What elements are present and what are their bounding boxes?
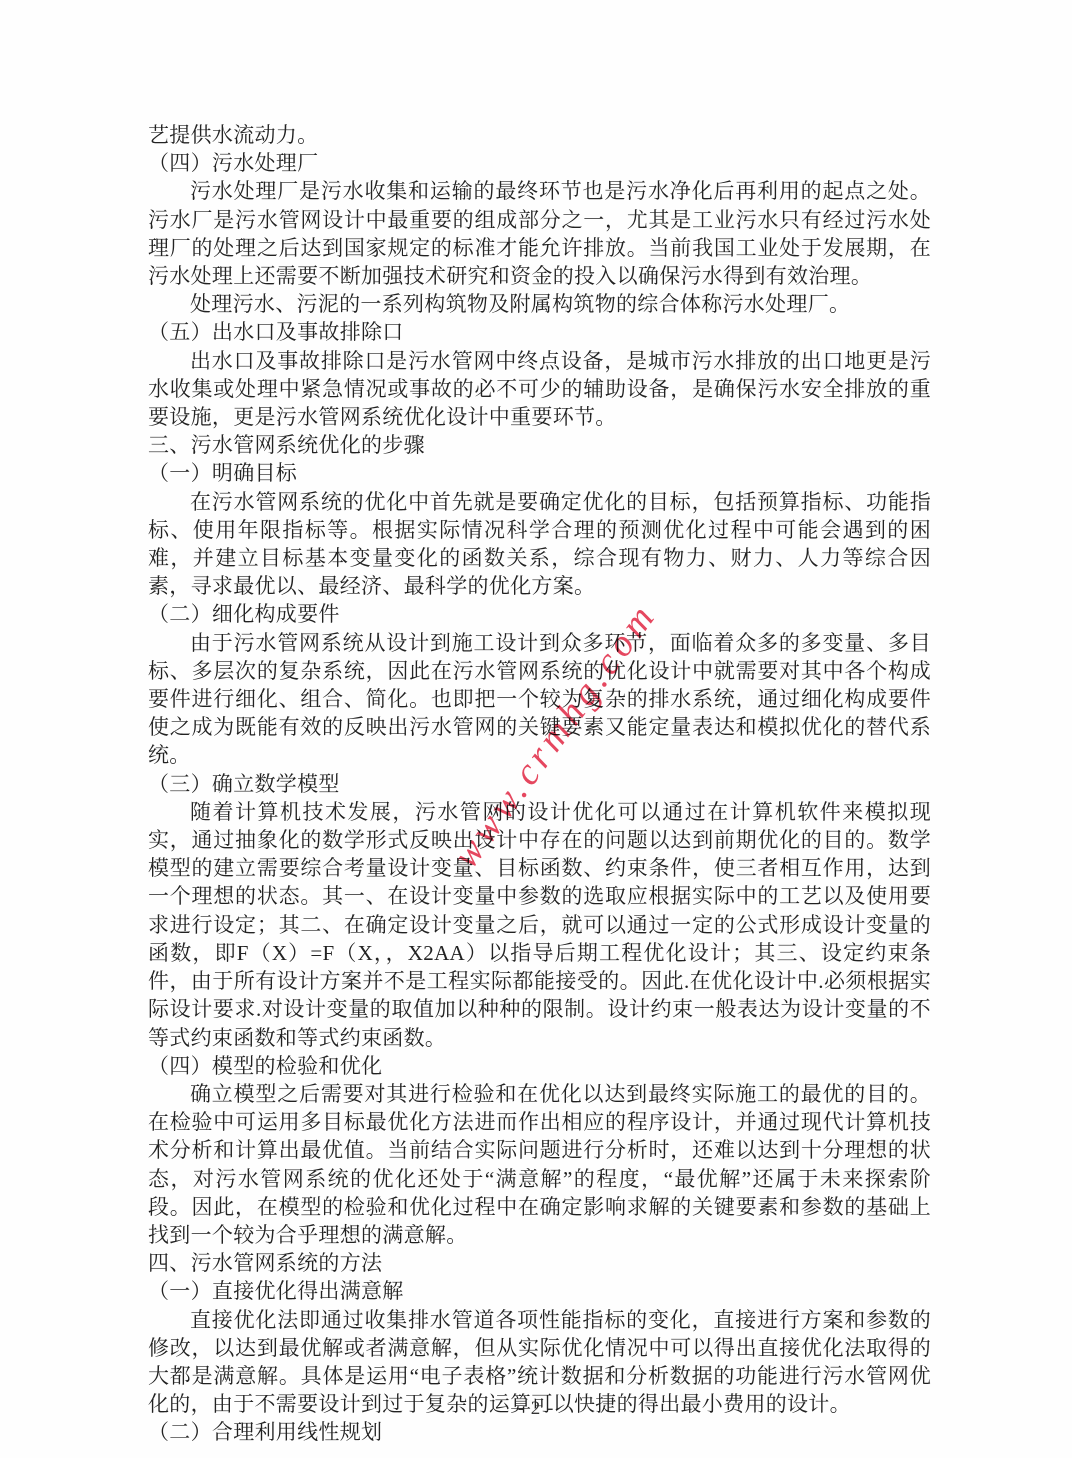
body-paragraph: 艺提供水流动力。 xyxy=(148,121,931,149)
section-heading: （四）污水处理厂 xyxy=(148,149,931,177)
body-paragraph: 污水处理厂是污水收集和运输的最终环节也是污水净化后再利用的起点之处。污水厂是污水… xyxy=(148,177,931,290)
page-number: - 2 - xyxy=(0,1398,1072,1420)
section-heading: （四）模型的检验和优化 xyxy=(148,1052,931,1080)
chapter-heading: 三、污水管网系统优化的步骤 xyxy=(148,431,931,459)
body-paragraph: 在污水管网系统的优化中首先就是要确定优化的目标，包括预算指标、功能指标、使用年限… xyxy=(148,488,931,601)
section-heading: （一）明确目标 xyxy=(148,459,931,487)
section-heading: （五）出水口及事故排除口 xyxy=(148,318,931,346)
body-paragraph: 出水口及事故排除口是污水管网中终点设备，是城市污水排放的出口地更是污水收集或处理… xyxy=(148,347,931,432)
section-heading: （三）确立数学模型 xyxy=(148,770,931,798)
body-paragraph: 随着计算机技术发展，污水管网的设计优化可以通过在计算机软件来模拟现实，通过抽象化… xyxy=(148,798,931,1052)
section-heading: （二）细化构成要件 xyxy=(148,600,931,628)
section-heading: （一）直接优化得出满意解 xyxy=(148,1277,931,1305)
body-paragraph: 处理污水、污泥的一系列构筑物及附属构筑物的综合体称污水处理厂。 xyxy=(148,290,931,318)
document-page: 艺提供水流动力。 （四）污水处理厂 污水处理厂是污水收集和运输的最终环节也是污水… xyxy=(0,0,1072,1458)
chapter-heading: 四、污水管网系统的方法 xyxy=(148,1249,931,1277)
document-body: 艺提供水流动力。 （四）污水处理厂 污水处理厂是污水收集和运输的最终环节也是污水… xyxy=(148,121,931,1447)
body-paragraph: 由于污水管网系统从设计到施工设计到众多环节，面临着众多的多变量、多目标、多层次的… xyxy=(148,629,931,770)
body-paragraph: 确立模型之后需要对其进行检验和在优化以达到最终实际施工的最优的目的。在检验中可运… xyxy=(148,1080,931,1249)
section-heading: （二）合理利用线性规划 xyxy=(148,1418,931,1446)
